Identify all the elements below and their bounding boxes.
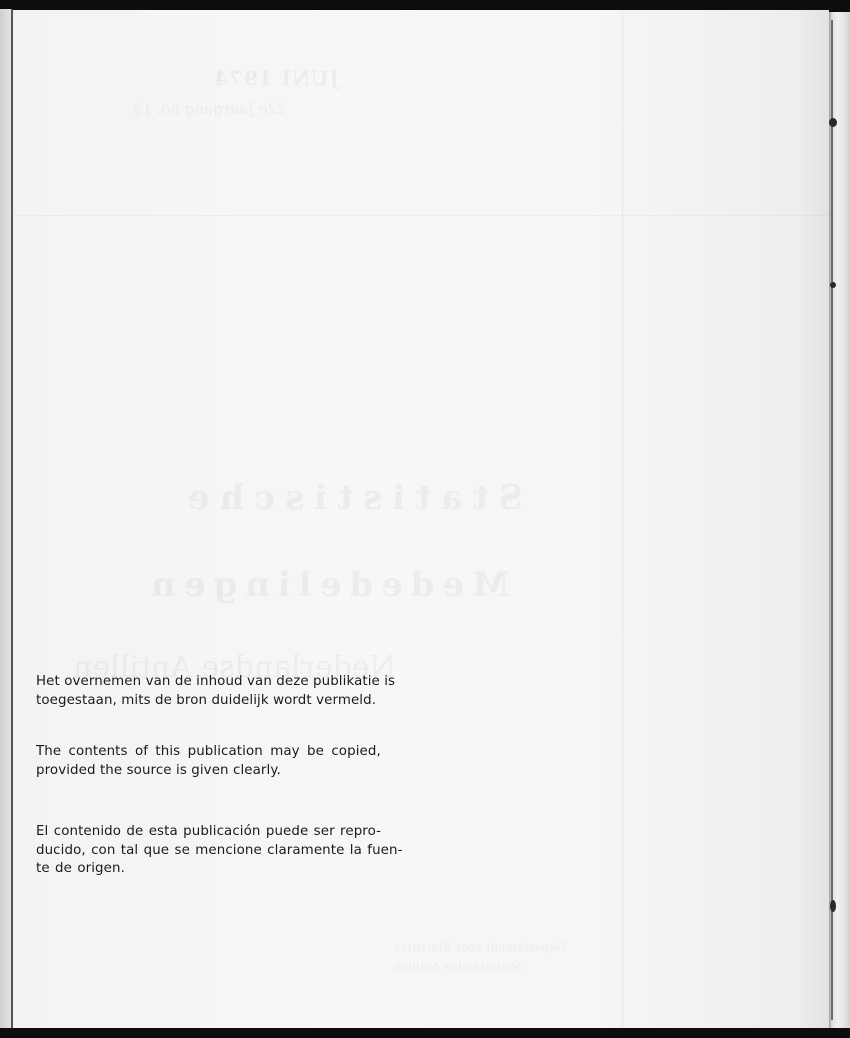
binding-spine-line xyxy=(831,20,833,1020)
bleed-through-footer-1: Departement voor Statistiek xyxy=(393,940,566,954)
scan-bottom-border xyxy=(0,1028,850,1038)
bleed-through-title-1: Statistische xyxy=(178,478,523,518)
bleed-through-issue: 22e Jaargang no. 12 xyxy=(133,100,286,118)
binding-staple-icon xyxy=(830,282,836,288)
bleed-through-footer-2: Nederlandse Antillen xyxy=(393,960,522,974)
bleed-through-date: JUNI 1974 xyxy=(213,66,339,90)
notice-line: Het overnemen van de inhoud van deze pub… xyxy=(36,673,416,692)
paper-fold-horizontal xyxy=(13,215,829,216)
copyright-notice-dutch: Het overnemen van de inhoud van deze pub… xyxy=(36,673,416,710)
notice-line: El contenido de esta publicación puede s… xyxy=(36,823,416,842)
copyright-notice-english: The contents of this publication may be … xyxy=(36,743,416,780)
bleed-through-title-2: Mededelingen xyxy=(143,565,510,605)
paper-fold-vertical xyxy=(622,10,623,1028)
notice-line: toegestaan, mits de bron duidelijk wordt… xyxy=(36,692,416,711)
notice-line: The contents of this publication may be … xyxy=(36,743,416,762)
notice-line: ducido, con tal que se mencione claramen… xyxy=(36,842,416,861)
binding-staple-icon xyxy=(830,900,836,912)
binding-staple-icon xyxy=(829,118,837,127)
notice-line: te de origen. xyxy=(36,860,416,879)
copyright-notice-spanish: El contenido de esta publicación puede s… xyxy=(36,823,416,879)
notice-line: provided the source is given clearly. xyxy=(36,762,416,781)
